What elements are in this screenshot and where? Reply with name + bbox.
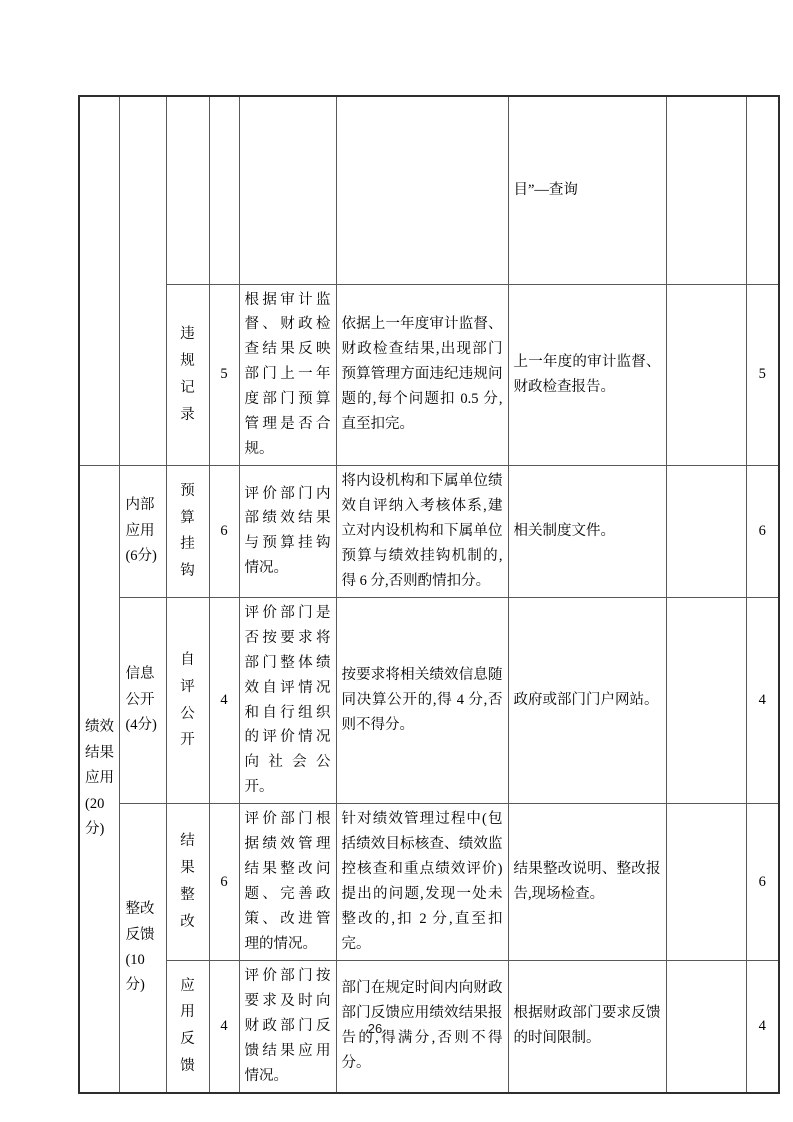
table-row: 绩效结果应用(20分) 内部应用(6分) 预算挂钩 6 评价部门内部绩效结果与预… [79,466,779,598]
criteria-text: 依据上一年度审计监督、财政检查结果,出现部门预算管理方面违纪违规问题的,每个问题… [342,312,503,437]
cell-subcategory: 内部应用(6分) [119,466,166,598]
table-row: 违规记录 5 根据审计监督、财政检查结果反映部门上一年度部门预算管理是否合规。 … [79,284,779,466]
explanation-text: 评价部门内部绩效结果与预算挂钩情况。 [245,482,331,582]
cell-score-blank [666,466,746,598]
section-label: 绩效结果应用(20分) [85,715,119,842]
cell-points: 6 [209,466,239,598]
cell-explanation: 评价部门根据绩效管理结果整改问题、完善政策、改进管理的情况。 [239,804,336,961]
cell-criteria: 将内设机构和下属单位绩效自评纳入考核体系,建立对内设机构和下属单位预算与绩效挂钩… [336,466,508,598]
cell-max-score: 5 [746,284,779,466]
table-row: 应用反馈 4 评价部门按要求及时向财政部门反馈结果应用情况。 部门在规定时间内向… [79,960,779,1092]
cell-subcategory: 整改反馈(10分) [119,804,166,1093]
cell-criteria: 按要求将相关绩效信息随同决算公开的,得 4 分,否则不得分。 [336,597,508,804]
cell-evidence-carryover: 目”—查询 [508,96,666,284]
cell-evidence: 根据财政部门要求反馈的时间限制。 [508,960,666,1092]
indicator-text: 自评公开 [178,647,196,754]
carryover-evidence-text: 目”—查询 [514,178,661,203]
cell-explanation-carryover [239,96,336,284]
indicator-text: 预算挂钩 [178,478,196,585]
cell-dimension-section: 绩效结果应用(20分) [79,466,119,1093]
cell-evidence: 结果整改说明、整改报告,现场检查。 [508,804,666,961]
evidence-text: 结果整改说明、整改报告,现场检查。 [514,857,661,907]
indicator-text: 结果整改 [178,828,196,935]
criteria-text: 针对绩效管理过程中(包括绩效目标核查、绩效监控核查和重点绩效评价)提出的问题,发… [342,807,503,957]
document-page: 目”—查询 违规记录 5 根据审计监督、财政检查结果反映部门上一年度部门预算管理… [0,0,793,1122]
cell-points: 6 [209,804,239,961]
cell-points-carryover [209,96,239,284]
cell-score-blank [666,597,746,804]
cell-evidence: 上一年度的审计监督、财政检查报告。 [508,284,666,466]
cell-criteria: 依据上一年度审计监督、财政检查结果,出现部门预算管理方面违纪违规问题的,每个问题… [336,284,508,466]
evidence-text: 根据财政部门要求反馈的时间限制。 [514,1001,661,1051]
subcategory-text: 整改反馈(10分) [125,897,159,999]
cell-max-score: 4 [746,597,779,804]
cell-indicator: 结果整改 [166,804,209,961]
cell-score-blank [666,960,746,1092]
evidence-text: 上一年度的审计监督、财政检查报告。 [514,350,661,400]
cell-explanation: 评价部门是否按要求将部门整体绩效自评情况和自行组织的评价情况向社会公开。 [239,597,336,804]
cell-points: 4 [209,597,239,804]
cell-indicator: 应用反馈 [166,960,209,1092]
table-row: 信息公开(4分) 自评公开 4 评价部门是否按要求将部门整体绩效自评情况和自行组… [79,597,779,804]
cell-points: 5 [209,284,239,466]
performance-evaluation-table: 目”—查询 违规记录 5 根据审计监督、财政检查结果反映部门上一年度部门预算管理… [78,95,780,1094]
cell-evidence: 政府或部门门户网站。 [508,597,666,804]
subcategory-text: 信息公开(4分) [125,662,159,738]
cell-score-blank [666,96,746,284]
criteria-text: 按要求将相关绩效信息随同决算公开的,得 4 分,否则不得分。 [342,663,503,738]
table-row: 整改反馈(10分) 结果整改 6 评价部门根据绩效管理结果整改问题、完善政策、改… [79,804,779,961]
cell-criteria-carryover [336,96,508,284]
cell-indicator-carryover [166,96,209,284]
cell-max-score: 4 [746,960,779,1092]
criteria-text: 将内设机构和下属单位绩效自评纳入考核体系,建立对内设机构和下属单位预算与绩效挂钩… [342,469,503,594]
cell-dimension-carryover [79,96,119,466]
explanation-text: 根据审计监督、财政检查结果反映部门上一年度部门预算管理是否合规。 [245,288,331,463]
subcategory-text: 内部应用(6分) [125,493,159,569]
cell-evidence: 相关制度文件。 [508,466,666,598]
cell-max-score: 6 [746,804,779,961]
explanation-text: 评价部门按要求及时向财政部门反馈结果应用情况。 [245,964,331,1089]
cell-indicator: 自评公开 [166,597,209,804]
cell-max-score: 6 [746,466,779,598]
cell-explanation: 评价部门内部绩效结果与预算挂钩情况。 [239,466,336,598]
cell-subcategory: 信息公开(4分) [119,597,166,804]
cell-points: 4 [209,960,239,1092]
explanation-text: 评价部门是否按要求将部门整体绩效自评情况和自行组织的评价情况向社会公开。 [245,601,331,801]
cell-indicator: 预算挂钩 [166,466,209,598]
explanation-text: 评价部门根据绩效管理结果整改问题、完善政策、改进管理的情况。 [245,807,331,957]
table-row: 目”—查询 [79,96,779,284]
evidence-text: 相关制度文件。 [514,519,661,544]
cell-indicator: 违规记录 [166,284,209,466]
indicator-text: 违规记录 [178,321,196,428]
cell-criteria: 针对绩效管理过程中(包括绩效目标核查、绩效监控核查和重点绩效评价)提出的问题,发… [336,804,508,961]
indicator-text: 应用反馈 [178,973,196,1080]
page-number: 26 [340,1021,410,1036]
cell-max-score-carryover [746,96,779,284]
cell-explanation: 评价部门按要求及时向财政部门反馈结果应用情况。 [239,960,336,1092]
cell-explanation: 根据审计监督、财政检查结果反映部门上一年度部门预算管理是否合规。 [239,284,336,466]
cell-score-blank [666,284,746,466]
evidence-text: 政府或部门门户网站。 [514,688,661,713]
cell-subcategory-carryover [119,96,166,466]
cell-score-blank [666,804,746,961]
